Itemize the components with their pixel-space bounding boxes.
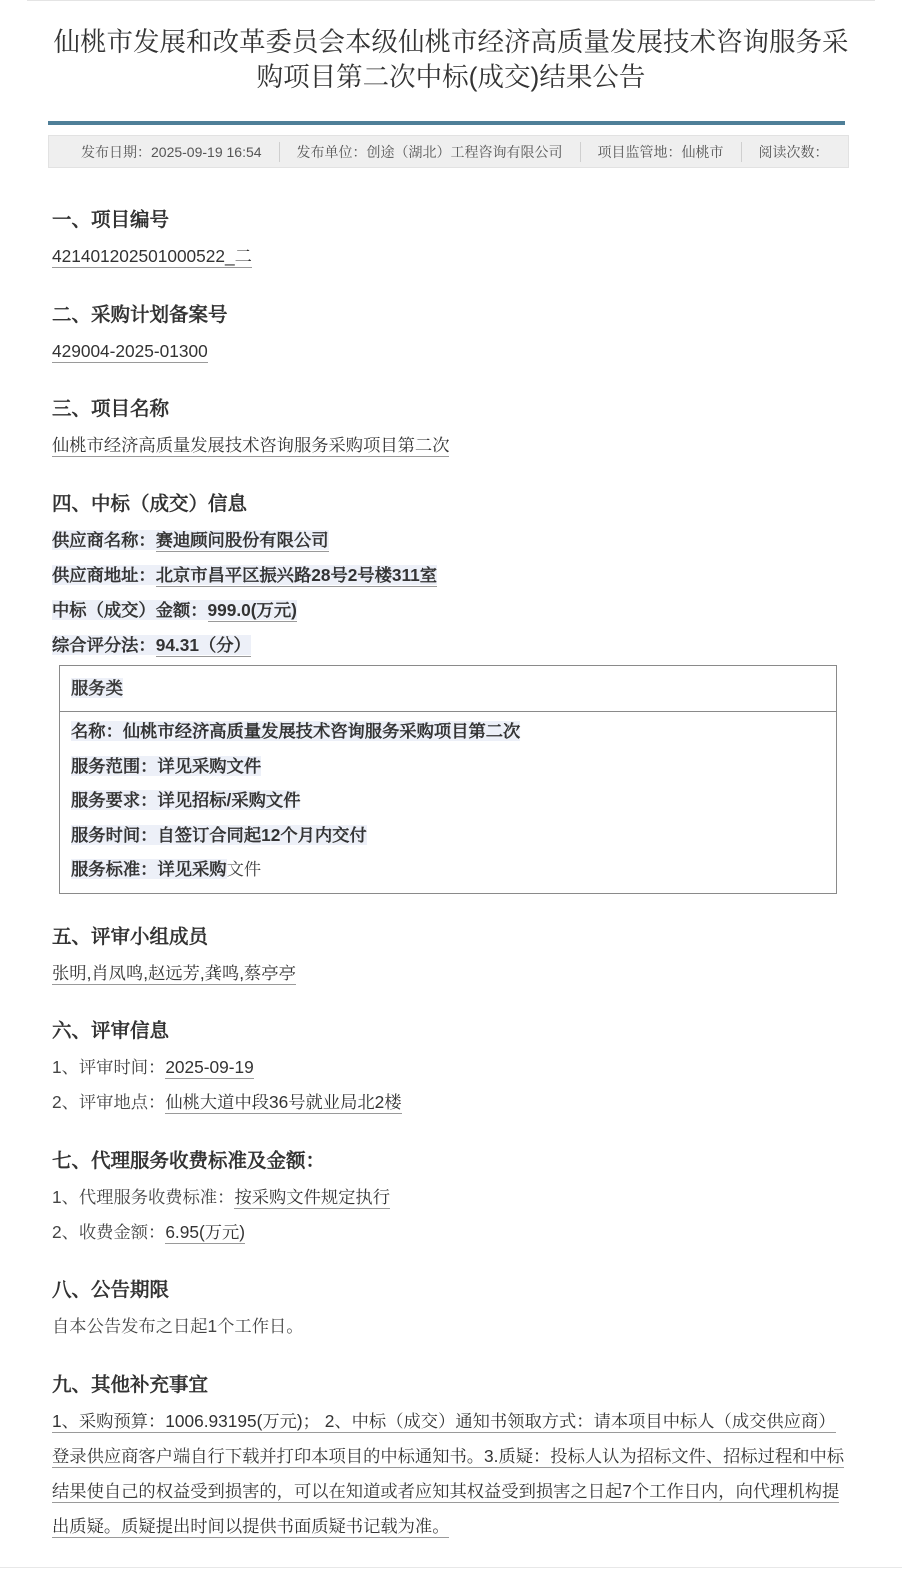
other-matters-text: 结果使自己的权益受到损害的，可以在知道或者应知其权益受到损害之日起7个工作日内，… (52, 1481, 839, 1503)
service-row-scope: 服务范围：详见采购文件 (71, 749, 836, 784)
evaluation-score-value: 94.31（分） (156, 635, 251, 657)
plan-record-number-value: 429004-2025-01300 (52, 341, 208, 363)
award-amount-label: 中标（成交）金额： (52, 600, 208, 620)
service-row-standard: 服务标准：详见采购文件 (71, 852, 836, 887)
service-time-value: 自签订合同起12个月内交付 (157, 825, 366, 845)
review-location-value: 仙桃大道中段36号就业局北2楼 (165, 1092, 401, 1114)
other-matters-line: 出质疑。质疑提出时间以提供书面质疑书记载为准。 (52, 1509, 902, 1544)
section-heading-plan-record-number: 二、采购计划备案号 (52, 297, 902, 334)
evaluation-score-row: 综合评分法：94.31（分） (52, 628, 902, 663)
service-row-time: 服务时间：自签订合同起12个月内交付 (71, 818, 836, 853)
bottom-divider (0, 1567, 902, 1568)
meta-region: 项目监管地：仙桃市 (580, 142, 741, 162)
title-accent-rule (48, 121, 845, 125)
service-category-label: 服务类 (71, 678, 123, 698)
service-scope-label: 服务范围： (71, 756, 157, 776)
service-table-header: 服务类 (60, 666, 836, 712)
announcement-content: 一、项目编号 421401202501000522_二 二、采购计划备案号 42… (0, 202, 902, 1544)
agency-fee-standard-value: 按采购文件规定执行 (234, 1187, 390, 1209)
service-standard-value: 详见采购 (157, 859, 226, 879)
publisher-value: 创途（湖北）工程咨询有限公司 (367, 144, 563, 160)
service-row-highlight: 服务时间：自签订合同起12个月内交付 (71, 825, 367, 845)
region-value: 仙桃市 (682, 144, 724, 160)
section-heading-review-panel: 五、评审小组成员 (52, 919, 902, 956)
service-name-label: 名称： (71, 721, 123, 741)
service-row-requirements: 服务要求：详见招标/采购文件 (71, 783, 836, 818)
publisher-label: 发布单位： (297, 144, 367, 160)
service-row-highlight: 服务标准：详见采购 (71, 859, 227, 879)
other-matters-text: 1、采购预算：1006.93195(万元)； 2、中标（成交）通知书领取方式：请… (52, 1411, 836, 1433)
supplier-address-highlight: 供应商地址：北京市昌平区振兴路28号2号楼311室 (52, 565, 437, 585)
service-standard-value-tail: 文件 (227, 859, 262, 879)
notice-period-text: 自本公告发布之日起1个工作日。 (52, 1309, 902, 1344)
review-panel-members: 张明,肖凤鸣,赵远芳,龚鸣,蔡亭亭 (52, 963, 296, 985)
supplier-name-label: 供应商名称： (52, 530, 156, 550)
service-scope-value: 详见采购文件 (157, 756, 261, 776)
agency-fee-amount-label: 2、收费金额： (52, 1222, 165, 1242)
other-matters-text: 登录供应商客户端自行下载并打印本项目的中标通知书。3.质疑：投标人认为招标文件、… (52, 1446, 844, 1468)
agency-fee-amount-row: 2、收费金额：6.95(万元) (52, 1215, 902, 1250)
supplier-address-row: 供应商地址：北京市昌平区振兴路28号2号楼311室 (52, 558, 902, 593)
service-time-label: 服务时间： (71, 825, 157, 845)
service-standard-label: 服务标准： (71, 859, 157, 879)
review-time-row: 1、评审时间：2025-09-19 (52, 1050, 902, 1085)
review-location-label: 2、评审地点： (52, 1092, 165, 1112)
meta-publish-date: 发布日期：2025-09-19 16:54 (49, 142, 279, 162)
section-heading-award-info: 四、中标（成交）信息 (52, 486, 902, 523)
page-title: 仙桃市发展和改革委员会本级仙桃市经济高质量发展技术咨询服务采购项目第二次中标(成… (50, 25, 852, 95)
award-amount-highlight: 中标（成交）金额：999.0(万元) (52, 600, 297, 620)
service-row-highlight: 名称：仙桃市经济高质量发展技术咨询服务采购项目第二次 (71, 721, 520, 741)
other-matters-line: 结果使自己的权益受到损害的，可以在知道或者应知其权益受到损害之日起7个工作日内，… (52, 1474, 902, 1509)
agency-fee-standard-row: 1、代理服务收费标准：按采购文件规定执行 (52, 1180, 902, 1215)
project-number-line: 421401202501000522_二 (52, 239, 902, 274)
supplier-name-highlight: 供应商名称：赛迪顾问股份有限公司 (52, 530, 329, 550)
project-name-line: 仙桃市经济高质量发展技术咨询服务采购项目第二次 (52, 428, 902, 463)
project-number-value: 421401202501000522_二 (52, 246, 252, 268)
plan-record-number-line: 429004-2025-01300 (52, 334, 902, 369)
section-heading-other-matters: 九、其他补充事宜 (52, 1367, 902, 1404)
evaluation-score-label: 综合评分法： (52, 635, 156, 655)
meta-views: 阅读次数： (741, 142, 846, 162)
section-heading-agency-fee: 七、代理服务收费标准及金额： (52, 1143, 902, 1180)
section-heading-review-info: 六、评审信息 (52, 1013, 902, 1050)
service-requirements-label: 服务要求： (71, 790, 157, 810)
evaluation-score-highlight: 综合评分法：94.31（分） (52, 635, 251, 655)
service-requirements-value: 详见招标/采购文件 (157, 790, 300, 810)
service-row-name: 名称：仙桃市经济高质量发展技术咨询服务采购项目第二次 (71, 714, 836, 749)
region-label: 项目监管地： (598, 144, 682, 160)
meta-publisher: 发布单位：创途（湖北）工程咨询有限公司 (279, 142, 580, 162)
meta-info-bar: 发布日期：2025-09-19 16:54 发布单位：创途（湖北）工程咨询有限公… (48, 135, 849, 168)
service-row-highlight: 服务要求：详见招标/采购文件 (71, 790, 300, 810)
award-amount-value: 999.0(万元) (208, 600, 297, 622)
service-details-table: 服务类 名称：仙桃市经济高质量发展技术咨询服务采购项目第二次 服务范围：详见采购… (59, 665, 837, 894)
supplier-address-value: 北京市昌平区振兴路28号2号楼311室 (156, 565, 437, 587)
agency-fee-standard-label: 1、代理服务收费标准： (52, 1187, 234, 1207)
supplier-name-row: 供应商名称：赛迪顾问股份有限公司 (52, 523, 902, 558)
project-name-value: 仙桃市经济高质量发展技术咨询服务采购项目第二次 (52, 435, 449, 457)
review-time-label: 1、评审时间： (52, 1057, 165, 1077)
views-label: 阅读次数： (759, 144, 829, 160)
other-matters-text: 出质疑。质疑提出时间以提供书面质疑书记载为准。 (52, 1516, 449, 1538)
service-row-highlight: 服务范围：详见采购文件 (71, 756, 261, 776)
other-matters-line: 登录供应商客户端自行下载并打印本项目的中标通知书。3.质疑：投标人认为招标文件、… (52, 1439, 902, 1474)
review-location-row: 2、评审地点：仙桃大道中段36号就业局北2楼 (52, 1085, 902, 1120)
review-panel-line: 张明,肖凤鸣,赵远芳,龚鸣,蔡亭亭 (52, 956, 902, 991)
publish-date-value: 2025-09-19 16:54 (151, 144, 262, 160)
section-heading-project-number: 一、项目编号 (52, 202, 902, 239)
service-table-body: 名称：仙桃市经济高质量发展技术咨询服务采购项目第二次 服务范围：详见采购文件 服… (60, 712, 836, 893)
announcement-page: 仙桃市发展和改革委员会本级仙桃市经济高质量发展技术咨询服务采购项目第二次中标(成… (0, 0, 902, 1544)
award-amount-row: 中标（成交）金额：999.0(万元) (52, 593, 902, 628)
review-time-value: 2025-09-19 (165, 1057, 253, 1079)
agency-fee-amount-value: 6.95(万元) (165, 1222, 245, 1244)
section-heading-project-name: 三、项目名称 (52, 391, 902, 428)
service-name-value: 仙桃市经济高质量发展技术咨询服务采购项目第二次 (123, 721, 520, 741)
supplier-address-label: 供应商地址： (52, 565, 156, 585)
section-heading-notice-period: 八、公告期限 (52, 1272, 902, 1309)
supplier-name-value: 赛迪顾问股份有限公司 (156, 530, 329, 552)
publish-date-label: 发布日期： (81, 144, 151, 160)
other-matters-line: 1、采购预算：1006.93195(万元)； 2、中标（成交）通知书领取方式：请… (52, 1404, 902, 1439)
